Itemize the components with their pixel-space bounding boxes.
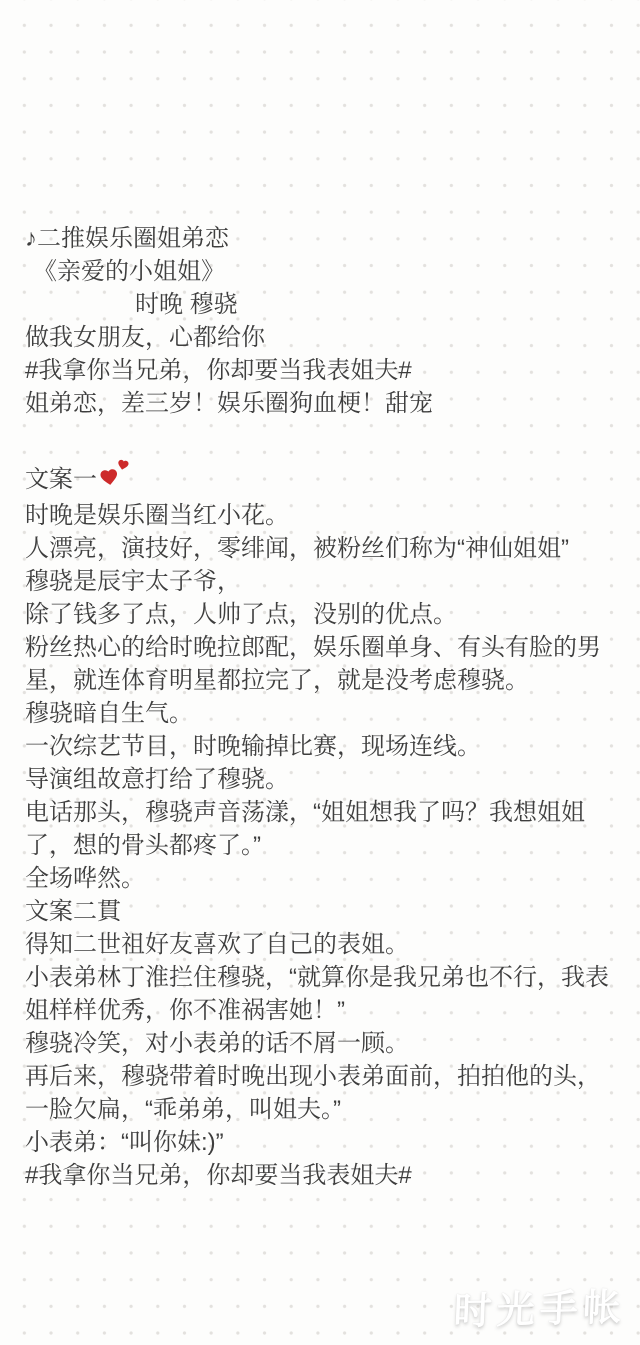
book-title: 《亲爱的小姐姐》 (25, 255, 611, 288)
story-line: 时晚是娱乐圈当红小花。 (25, 499, 611, 532)
story-line: 小表弟：“叫你妹:)” (25, 1126, 611, 1159)
story-line: 导演组故意打给了穆骁。 (25, 763, 611, 796)
note-page: ♪二推娱乐圈姐弟恋 《亲爱的小姐姐》 时晚 穆骁 做我女朋友，心都给你 #我拿你… (0, 0, 640, 1345)
synopsis-section-two: 文案二貫 得知二世祖好友喜欢了自己的表姐。 小表弟林丁淮拦住穆骁，“就算你是我兄… (25, 895, 611, 1192)
story-line: 全场哗然。 (25, 862, 611, 895)
story-line: 人漂亮，演技好，零绯闻，被粉丝们称为“神仙姐姐” (25, 532, 611, 565)
app-watermark: 时光手帐 (453, 1276, 628, 1335)
story-line: 再后来，穆骁带着时晚出现小表弟面前，拍拍他的头，一脸欠扁，“乖弟弟，叫姐夫。” (25, 1060, 611, 1126)
story-line: 除了钱多了点，人帅了点，没别的优点。 (25, 598, 611, 631)
section-one-heading-text: 文案一 (25, 463, 97, 496)
story-line: 穆骁是辰宇太子爷， (25, 565, 611, 598)
protagonists-names: 时晚 穆骁 (25, 288, 611, 321)
section-two-heading-text: 文案二貫 (25, 895, 121, 928)
story-line: 粉丝热心的给时晚拉郎配，娱乐圈单身、有头有脸的男星，就连体育明星都拉完了，就是没… (25, 631, 611, 697)
book-quote: 做我女朋友，心都给你 (25, 321, 611, 354)
story-line: 穆骁暗自生气。 (25, 697, 611, 730)
story-line: 一次综艺节目，时晚输掉比赛，现场连线。 (25, 730, 611, 763)
tags-line: 姐弟恋，差三岁！娱乐圈狗血梗！甜宠 (25, 387, 611, 420)
two-hearts-icon (99, 458, 133, 497)
story-line: 得知二世祖好友喜欢了自己的表姐。 (25, 928, 611, 961)
synopsis-section-one: 文案一 时晚是娱乐圈当红小花。 人漂亮，演技好，零绯闻，被粉丝们称为“神仙姐姐”… (25, 460, 611, 895)
section-one-heading: 文案一 (25, 460, 611, 499)
story-line: 小表弟林丁淮拦住穆骁，“就算你是我兄弟也不行，我表姐样样优秀，你不准祸害她！” (25, 961, 611, 1027)
hashtag-line: #我拿你当兄弟，你却要当我表姐夫# (25, 354, 611, 387)
recommendation-tagline: ♪二推娱乐圈姐弟恋 (25, 222, 611, 255)
note-header: ♪二推娱乐圈姐弟恋 《亲爱的小姐姐》 时晚 穆骁 做我女朋友，心都给你 #我拿你… (25, 222, 611, 420)
section-two-heading: 文案二貫 (25, 895, 611, 928)
story-line: #我拿你当兄弟，你却要当我表姐夫# (25, 1159, 611, 1192)
story-line: 穆骁冷笑，对小表弟的话不屑一顾。 (25, 1027, 611, 1060)
story-line: 电话那头，穆骁声音荡漾，“姐姐想我了吗？我想姐姐了，想的骨头都疼了。” (25, 796, 611, 862)
note-content: ♪二推娱乐圈姐弟恋 《亲爱的小姐姐》 时晚 穆骁 做我女朋友，心都给你 #我拿你… (25, 222, 611, 1192)
